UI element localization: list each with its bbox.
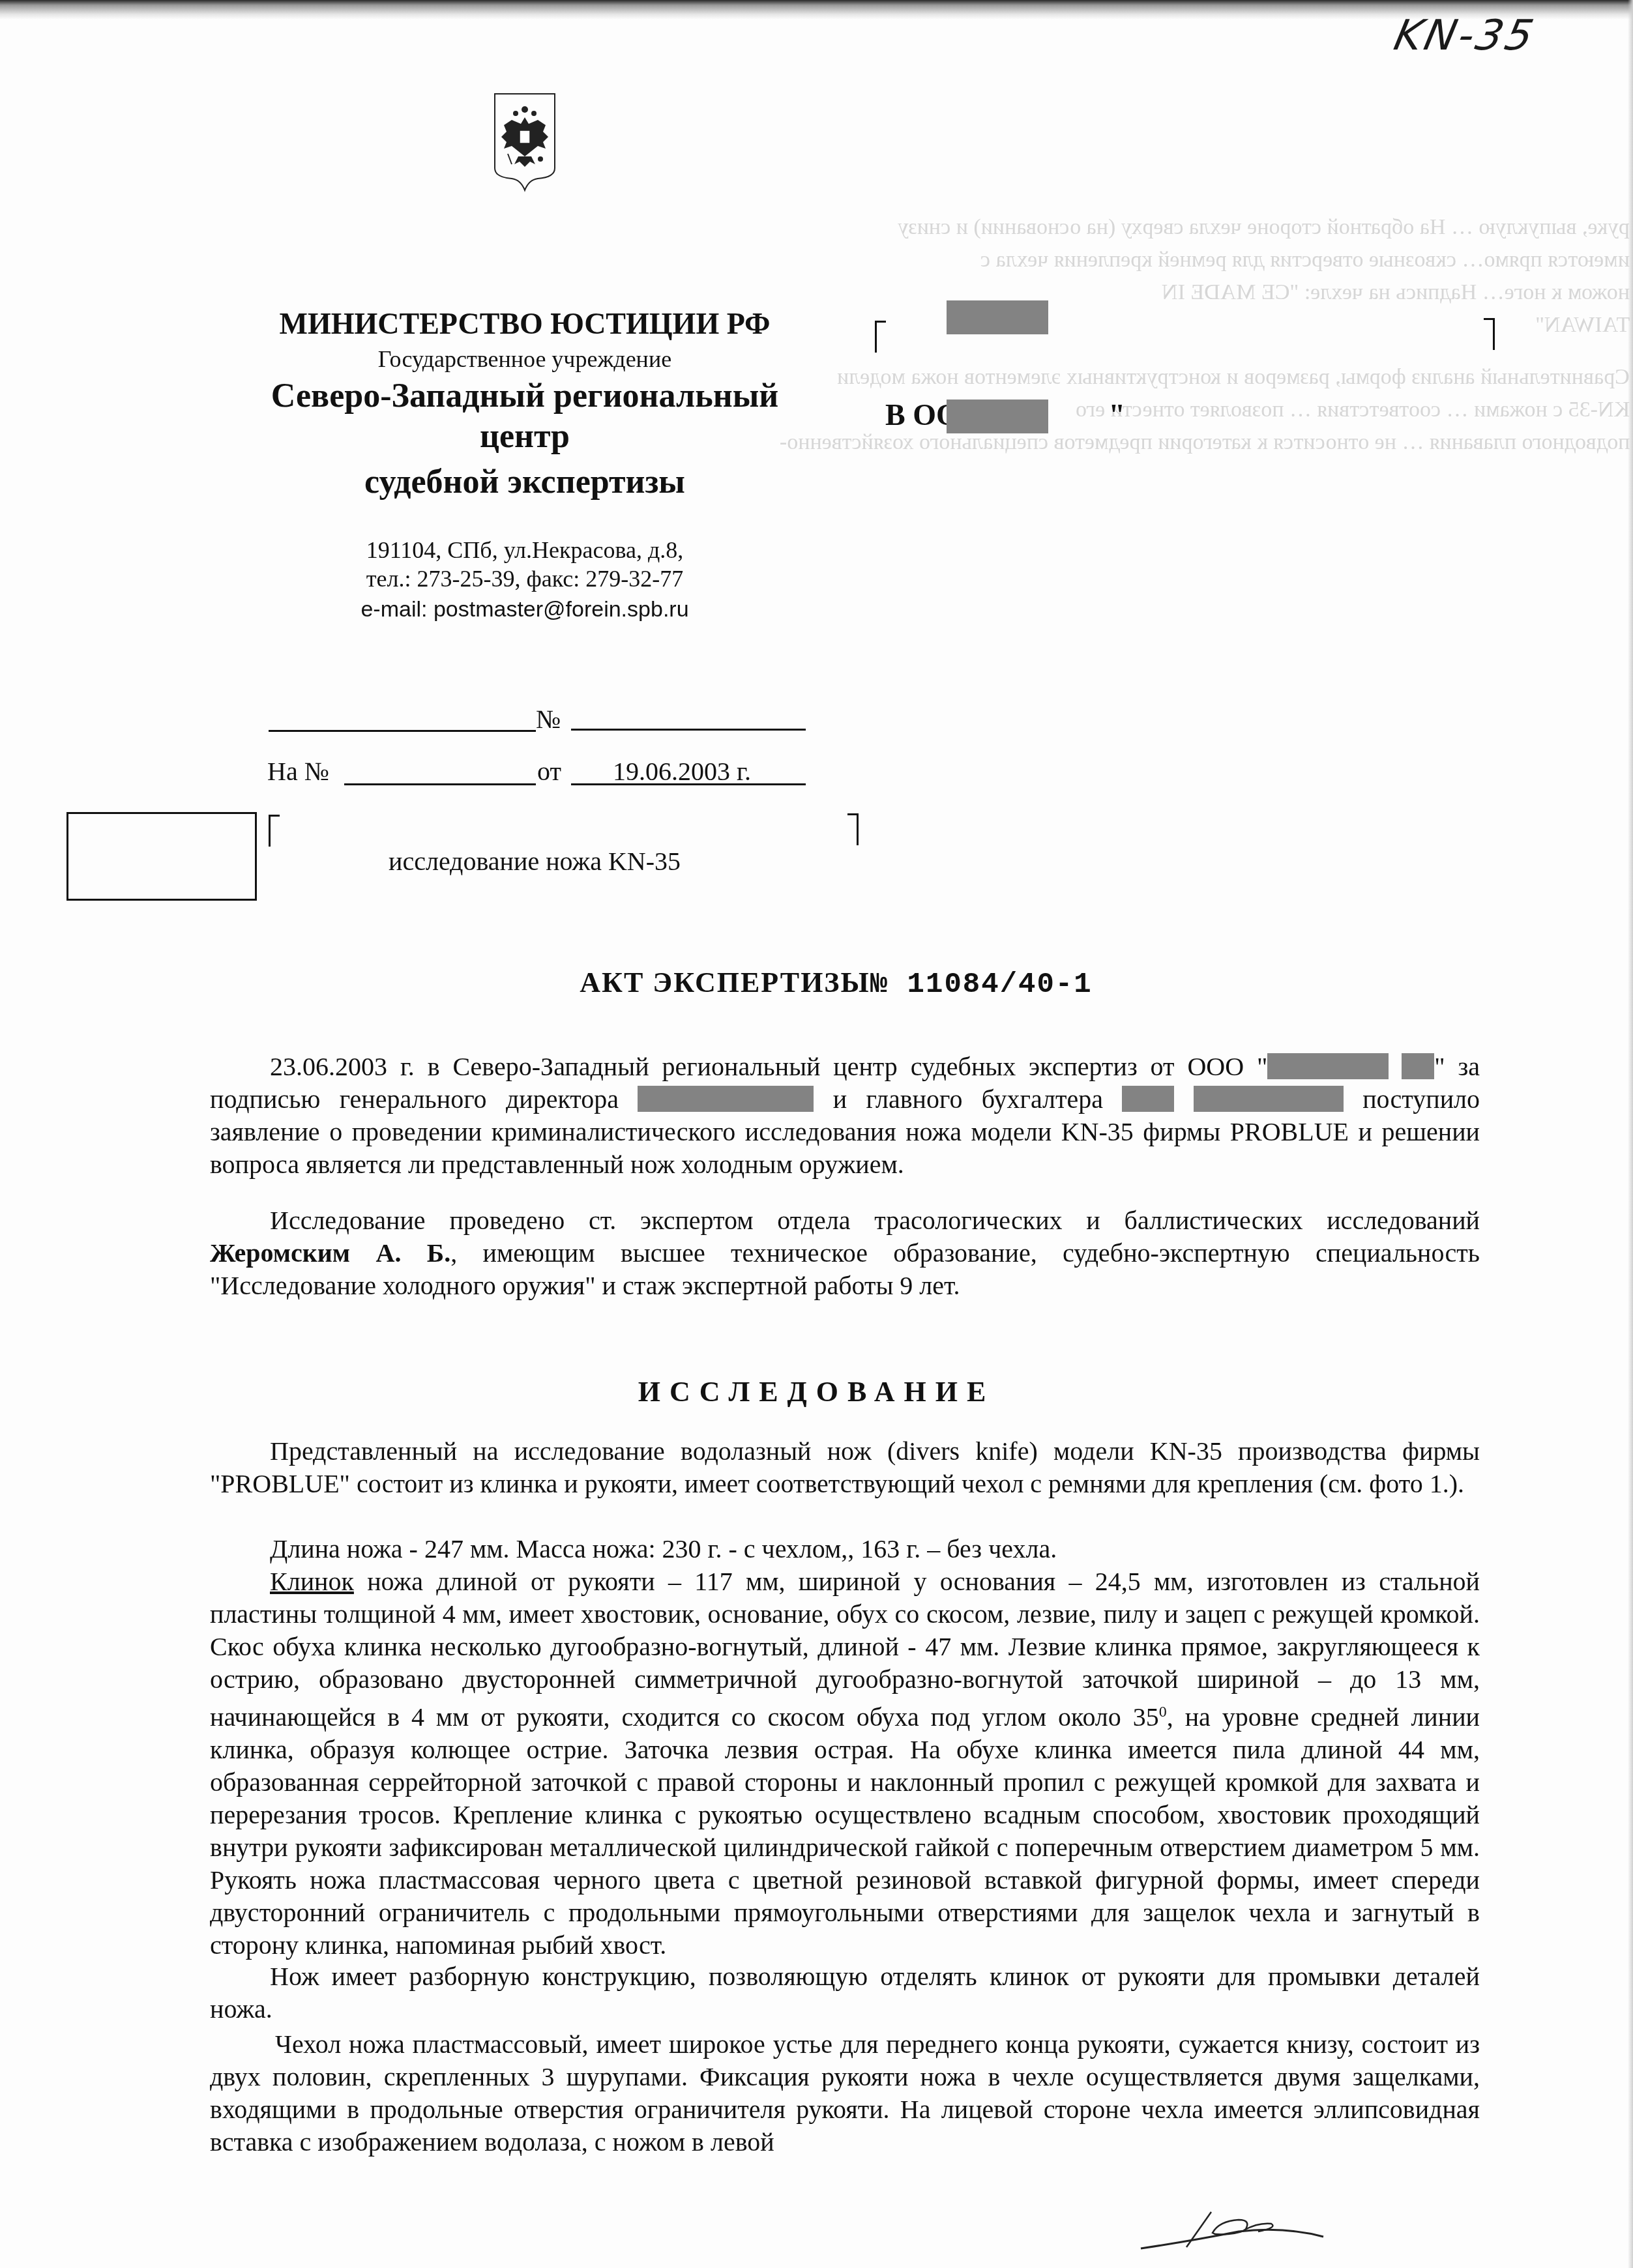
intro-paragraph-1: 23.06.2003 г. в Северо-Западный регионал… (210, 1051, 1480, 1181)
title-label: АКТ ЭКСПЕРТИЗЫ (580, 967, 870, 998)
intro-text: и главного бухгалтера (833, 1084, 1103, 1114)
redaction-company-cont (1402, 1053, 1434, 1079)
recipient-suffix: " (1109, 398, 1126, 431)
intro-text: Исследование проведено ст. экспертом отд… (270, 1206, 1480, 1235)
redaction-accountant (1122, 1086, 1174, 1112)
title-number: № 11084/40-1 (870, 968, 1093, 1001)
bleed-line: ножом к ноге… Надпись на чехле: "CE MADE… (1162, 280, 1630, 305)
bleed-line: имеются прямо… сквозные отверстия для ре… (980, 248, 1630, 272)
bleed-line: TAIWAN" (1535, 313, 1630, 338)
recipient-name-redaction (947, 400, 1048, 433)
scan-edge-right (1628, 0, 1633, 2268)
number-sign: № (536, 704, 561, 734)
research-paragraph-1: Представленный на исследование водолазны… (210, 1435, 1480, 1500)
research-paragraph-4: Нож имеет разборную конструкцию, позволя… (210, 1960, 1480, 2026)
redaction-director (638, 1086, 814, 1112)
reference-date: 19.06.2003 г. (613, 756, 751, 787)
org-name-line1: Северо-Западный региональный (231, 377, 818, 416)
bleed-line: подводного плавания … не относится к кат… (780, 430, 1630, 455)
bleed-line: руке, выпуклую … На обратной стороне чех… (898, 215, 1630, 240)
subject-bracket-right (847, 813, 859, 845)
subject-line: исследование ножа KN-35 (389, 846, 681, 877)
document-title: АКТ ЭКСПЕРТИЗЫ№ 11084/40-1 (0, 966, 1633, 1001)
intro-paragraph-2: Исследование проведено ст. экспертом отд… (210, 1204, 1480, 1302)
redaction-accountant-cont (1194, 1086, 1344, 1112)
degree-sign: 0 (1159, 1704, 1167, 1721)
signature (1134, 2208, 1330, 2254)
scan-edge-top (0, 0, 1633, 20)
recipient-bracket-right (1484, 318, 1495, 350)
redaction-box (947, 300, 1048, 334)
ministry-name: МИНИСТЕРСТВО ЮСТИЦИИ РФ (231, 306, 818, 341)
org-phones: тел.: 273-25-39, факс: 279-32-77 (231, 564, 818, 593)
handwritten-mark: KN-35 (1390, 12, 1540, 60)
research-paragraph-2: Длина ножа - 247 мм. Масса ножа: 230 г. … (210, 1533, 1480, 1565)
section-heading-research: ИССЛЕДОВАНИЕ (0, 1375, 1633, 1408)
expert-name: Жеромским А. Б. (210, 1238, 450, 1268)
term-blade: Клинок (270, 1567, 354, 1596)
research-text: , на уровне средней линии клинка, образу… (210, 1702, 1480, 1960)
from-label: от (537, 756, 561, 787)
blank-box (66, 812, 257, 901)
intro-text: 23.06.2003 г. в Северо-Западный регионал… (270, 1052, 1267, 1081)
reply-to-label: На № (267, 756, 329, 787)
bleed-line: KN-35 с ножами … соответствия … позволяе… (1076, 398, 1630, 422)
institution-type: Государственное учреждение (231, 345, 818, 373)
reply-to-number-line (344, 783, 536, 785)
research-paragraph-3: Клинок ножа длиной от рукояти – 117 мм, … (210, 1565, 1480, 1962)
org-name-line3: судебной экспертизы (231, 463, 818, 502)
coat-of-arms-icon (492, 91, 557, 196)
subject-bracket-left (269, 815, 280, 847)
outgoing-number-line (269, 730, 536, 732)
research-paragraph-5: Чехол ножа пластмассовый, имеет широкое … (210, 2028, 1480, 2159)
org-address: 191104, СПб, ул.Некрасова, д.8, (231, 536, 818, 564)
redaction-company (1267, 1053, 1389, 1079)
recipient-bracket-left (875, 321, 886, 353)
bleed-line: Сравнительный анализ формы, размеров и к… (837, 365, 1630, 390)
outgoing-number-line-2 (571, 729, 806, 731)
org-email: e-mail: postmaster@forein.spb.ru (231, 597, 818, 622)
org-name-line2: центр (231, 417, 818, 456)
